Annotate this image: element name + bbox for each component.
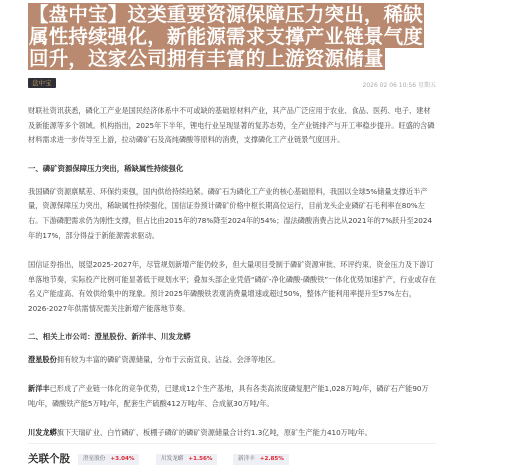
- article-title: 【盘中宝】这类重要资源保障压力突出，稀缺属性持续强化，新能源需求支撑产业链景气度…: [28, 4, 436, 70]
- company-desc: 已形成了产业链一体化的竞争优势，已建成12个生产基地，具有各类高浓度磷复肥产能1…: [28, 384, 429, 408]
- related-stocks: 关联个股 澄星股份+3.04% 川发龙蟒+1.56% 新洋丰+2.85%: [28, 450, 448, 470]
- company-name: 新洋丰: [28, 384, 50, 393]
- stock-chip[interactable]: 新洋丰+2.85%: [233, 454, 289, 465]
- stock-name: 澄星股份: [83, 456, 105, 462]
- company-paragraph: 澄星股份拥有较为丰富的磷矿资源储量，分布于云南宣良、沾益、会泽等地区。: [28, 353, 436, 368]
- related-stocks-label: 关联个股: [28, 450, 70, 468]
- stock-name: 新洋丰: [238, 456, 255, 462]
- stock-change: +2.85%: [260, 456, 284, 462]
- section1-paragraph-2: 国信证券指出，展望2025-2027年，尽管规划新增产能仍较多，但大量项目受制于…: [28, 258, 436, 317]
- company-desc: 旗下天瑞矿业、白竹磷矿、板棚子磷矿的磷矿资源储量合计约1.3亿吨，原矿生产能力4…: [57, 428, 372, 437]
- article-title-text: 【盘中宝】这类重要资源保障压力突出，稀缺属性持续强化，新能源需求支撑产业链景气度…: [28, 3, 424, 70]
- divider: [28, 443, 436, 444]
- stock-name: 川发龙蟒: [161, 456, 183, 462]
- company-name: 澄星股份: [28, 355, 57, 364]
- company-paragraph: 新洋丰已形成了产业链一体化的竞争优势，已建成12个生产基地，具有各类高浓度磷复肥…: [28, 382, 436, 411]
- source-tag[interactable]: 盘中宝: [28, 78, 56, 88]
- section-heading-2: 二、相关上市公司：澄星股份、新洋丰、川发龙蟒: [28, 331, 436, 343]
- stock-change: +3.04%: [110, 456, 134, 462]
- article-body: 财联社资讯获悉，磷化工产业是国民经济体系中不可或缺的基础原材料产业，其产品广泛应…: [28, 104, 436, 456]
- company-name: 川发龙蟒: [28, 428, 57, 437]
- intro-paragraph: 财联社资讯获悉，磷化工产业是国民经济体系中不可或缺的基础原材料产业，其产品广泛应…: [28, 104, 436, 148]
- section1-paragraph-1: 我国磷矿资源禀赋差、环保约束强，国内供给持续趋紧。磷矿石为磷化工产业的核心基础原…: [28, 185, 436, 244]
- section-heading-1: 一、磷矿资源保障压力突出，稀缺属性持续强化: [28, 163, 436, 175]
- company-paragraph: 川发龙蟒旗下天瑞矿业、白竹磷矿、板棚子磷矿的磷矿资源储量合计约1.3亿吨，原矿生…: [28, 426, 436, 441]
- timestamp: 2026 02 06 10:56 星期五: [363, 80, 436, 89]
- stock-chip[interactable]: 澄星股份+3.04%: [78, 454, 139, 465]
- article-meta: 盘中宝 2026 02 06 10:56 星期五: [28, 78, 436, 92]
- stock-change: +1.56%: [188, 456, 212, 462]
- stock-chip[interactable]: 川发龙蟒+1.56%: [156, 454, 217, 465]
- company-desc: 拥有较为丰富的磷矿资源储量，分布于云南宣良、沾益、会泽等地区。: [57, 355, 280, 364]
- article-header: 【盘中宝】这类重要资源保障压力突出，稀缺属性持续强化，新能源需求支撑产业链景气度…: [28, 4, 436, 70]
